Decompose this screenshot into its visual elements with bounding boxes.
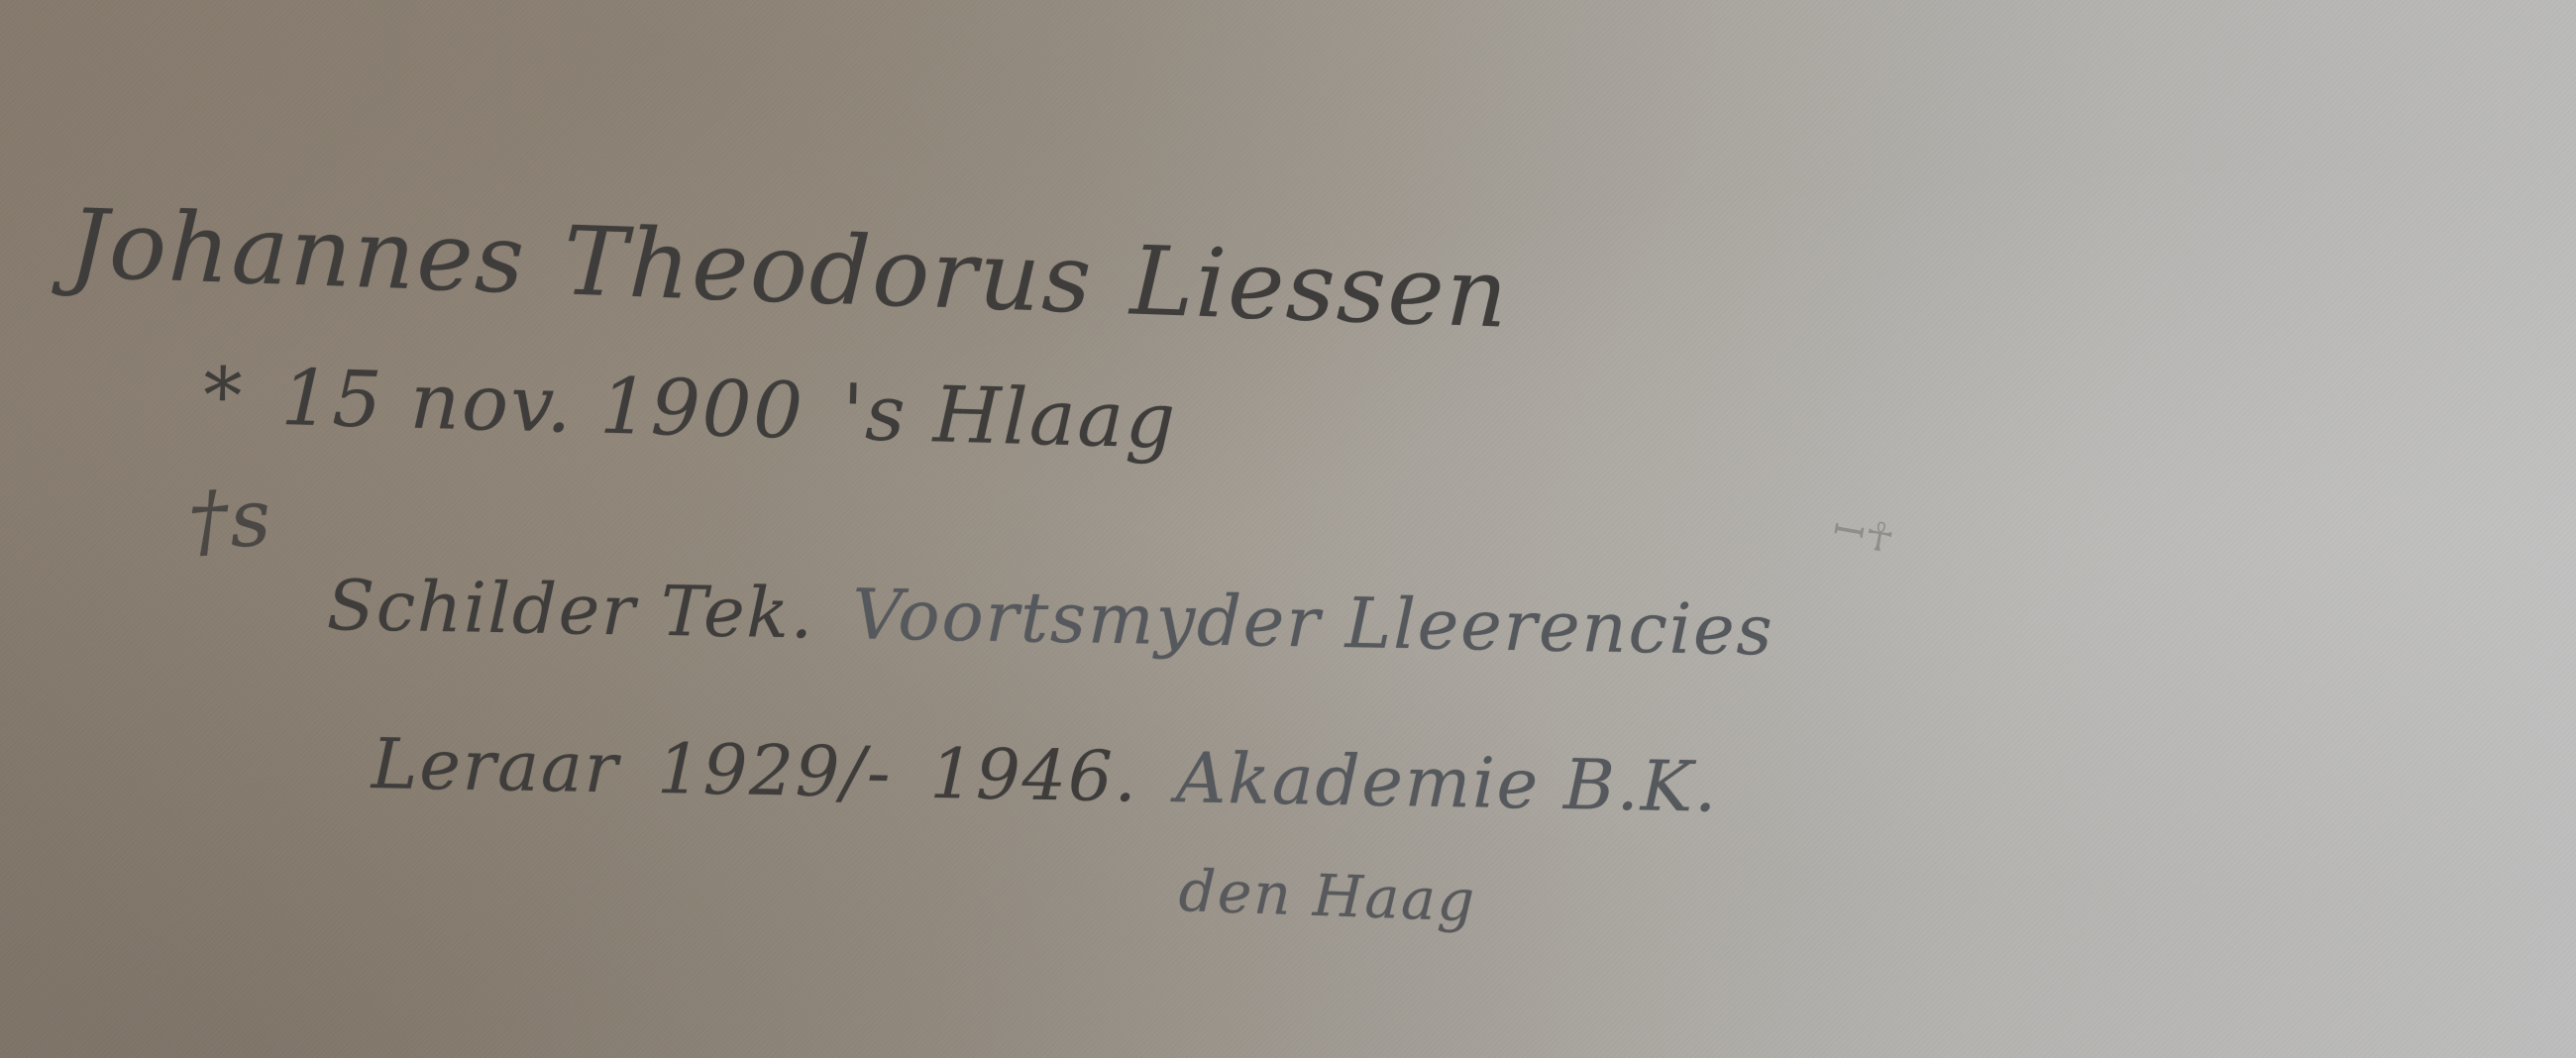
end-year: 1946. (929, 733, 1139, 818)
death-cross-icon: †s (186, 472, 275, 568)
start-year: 1929/- (657, 728, 894, 813)
role-label: Leraar (371, 723, 620, 808)
city: den Haag (1178, 857, 1477, 934)
institution: Akademie B.K. (1175, 737, 1719, 828)
teaching-period-line: Leraar1929/-1946.Akademie B.K. (371, 723, 1719, 828)
birth-date: 15 nov. 1900 (280, 354, 805, 457)
occupation-line: Schilder Tek.Voortsmyder Lleerencies (326, 565, 1774, 671)
surname: Liessen (1128, 225, 1511, 349)
small-stamp-mark-icon: ꟷ☥ (1829, 500, 1899, 565)
birth-line: *15 nov. 1900's Hlaag (202, 352, 1178, 467)
middle-name: Theodorus (562, 205, 1095, 335)
place-line: den Haag (1178, 857, 1477, 934)
occupation-detail: Voortsmyder Lleerencies (852, 574, 1775, 671)
occupation-painter: Schilder Tek. (326, 565, 815, 655)
first-name: Johannes (67, 188, 528, 315)
birth-asterisk-icon: * (202, 352, 245, 442)
death-mark-line: †s (186, 472, 275, 568)
name-line: JohannesTheodorusLiessen (67, 188, 1511, 350)
birth-place: 's Hlaag (841, 369, 1178, 467)
